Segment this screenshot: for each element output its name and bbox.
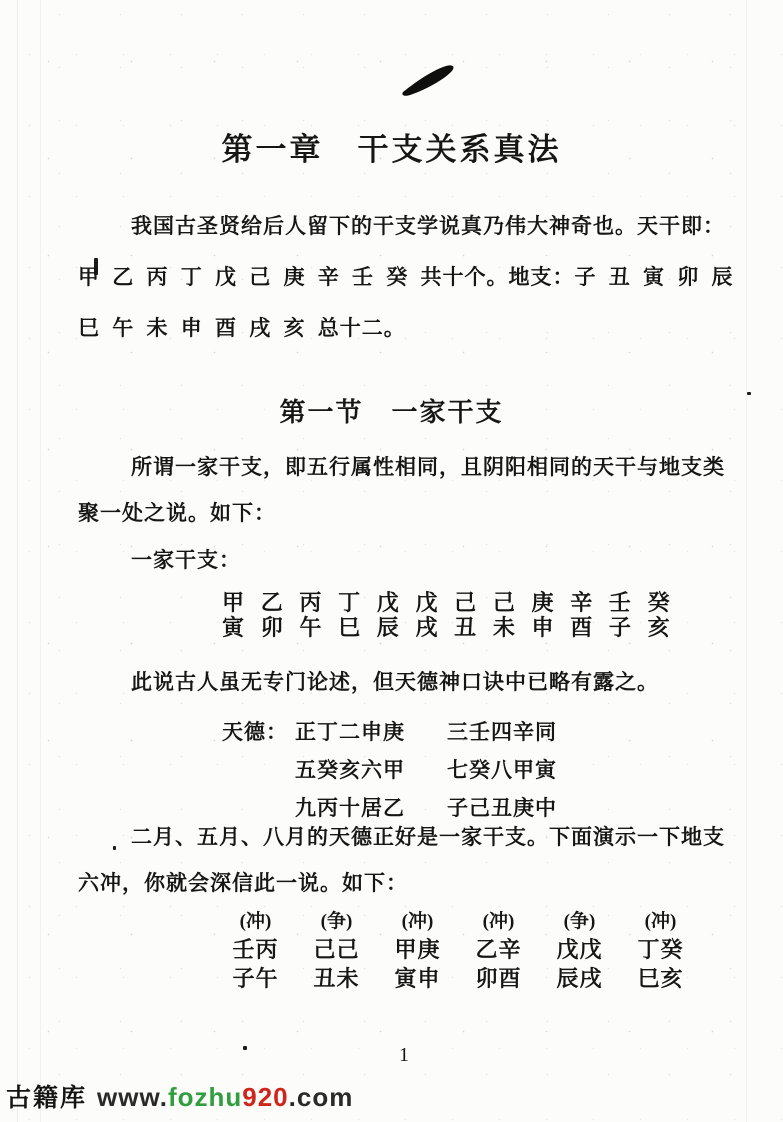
branch-cell: 亥	[648, 611, 687, 642]
chong-stems: 甲庚	[377, 936, 458, 964]
branch-cell: 丑	[454, 611, 493, 642]
intro-line-1: 我国古圣贤给后人留下的干支学说真乃伟大神奇也。天干即：	[131, 210, 725, 240]
chong-branches: 寅申	[377, 965, 458, 993]
branch-cell: 辰	[377, 611, 416, 642]
chong-tag: (争)	[539, 908, 620, 936]
branch-cell: 寅	[222, 611, 261, 642]
branch-cell: 酉	[570, 611, 609, 642]
branch-cell: 申	[532, 611, 571, 642]
branch-cell: 卯	[261, 611, 300, 642]
scan-speck	[243, 1046, 247, 1050]
watermark-url-green: fozhu	[168, 1082, 242, 1113]
tiande-cell: 正丁二申庚	[295, 716, 447, 746]
chong-branches: 辰戌	[539, 965, 620, 993]
tiande-note: 此说古人虽无专门论述，但天德神口诀中已略有露之。	[131, 666, 659, 696]
chong-tag: (争)	[296, 908, 377, 936]
branch-cell: 未	[493, 611, 532, 642]
chong-tag: (冲)	[620, 908, 701, 936]
chong-branches: 丑未	[296, 965, 377, 993]
tiande-cell: 九丙十居乙	[295, 792, 447, 822]
chong-branches: 卯酉	[458, 965, 539, 993]
chong-stems: 丁癸	[620, 936, 701, 964]
scan-speck	[113, 846, 116, 850]
chong-stems: 戊戊	[539, 936, 620, 964]
branch-cell: 子	[609, 611, 648, 642]
watermark-url-suffix: .com	[289, 1082, 354, 1113]
chong-tag: (冲)	[215, 908, 296, 936]
tiande-cell: 子己丑庚中	[447, 796, 557, 820]
watermark: 古籍库 www. fozhu 920 .com	[6, 1078, 353, 1114]
watermark-url-prefix: www.	[97, 1082, 168, 1113]
family-intro-line-2: 聚一处之说。如下：	[78, 497, 276, 527]
intro-line-2: 甲 乙 丙 丁 戊 己 庚 辛 壬 癸 共十个。地支：子 丑 寅 卯 辰	[78, 261, 734, 291]
six-chong-tag-row: (冲) (争) (冲) (冲) (争) (冲)	[215, 908, 701, 936]
section-title: 第一节 一家干支	[0, 392, 783, 429]
scanned-book-page: 第一章 干支关系真法 我国古圣贤给后人留下的干支学说真乃伟大神奇也。天干即： 甲…	[0, 0, 783, 1122]
chapter-title: 第一章 干支关系真法	[0, 124, 783, 169]
six-chong-stems-row: 壬丙 己己 甲庚 乙辛 戊戊 丁癸	[215, 936, 701, 964]
chong-tag: (冲)	[458, 908, 539, 936]
branch-cell: 戌	[415, 611, 454, 642]
tiande-cell: 三壬四辛同	[447, 720, 557, 744]
chong-branches: 巳亥	[620, 965, 701, 993]
tiande-label: 天德：	[222, 716, 295, 746]
chong-stems: 壬丙	[215, 936, 296, 964]
tiande-cell: 五癸亥六甲	[295, 754, 447, 784]
tiande-row: 五癸亥六甲七癸八甲寅	[222, 754, 557, 792]
chong-stems: 己己	[296, 936, 377, 964]
chong-tag: (冲)	[377, 908, 458, 936]
family-table-label: 一家干支：	[131, 544, 241, 574]
watermark-site-name: 古籍库	[6, 1078, 87, 1114]
ink-blot-icon	[400, 62, 460, 100]
chong-branches: 子午	[215, 965, 296, 993]
chong-stems: 乙辛	[458, 936, 539, 964]
six-chong-intro-line-1: 二月、五月、八月的天德正好是一家干支。下面演示一下地支	[131, 821, 725, 851]
six-chong-branches-row: 子午 丑未 寅申 卯酉 辰戌 巳亥	[215, 965, 701, 993]
intro-line-3: 巳 午 未 申 酉 戌 亥 总十二。	[78, 312, 406, 342]
tiande-row: 天德：正丁二申庚三壬四辛同	[222, 716, 557, 754]
watermark-url-red: 920	[242, 1082, 288, 1113]
six-chong-intro-line-2: 六冲，你就会深信此一说。如下：	[78, 867, 408, 897]
tiande-rhyme-block: 天德：正丁二申庚三壬四辛同 五癸亥六甲七癸八甲寅 九丙十居乙子己丑庚中	[222, 716, 557, 830]
family-intro-line-1: 所谓一家干支，即五行属性相同，且阴阳相同的天干与地支类	[131, 451, 725, 481]
family-table-branches-row: 寅 卯 午 巳 辰 戌 丑 未 申 酉 子 亥	[222, 611, 686, 642]
tiande-cell: 七癸八甲寅	[447, 758, 557, 782]
page-number: 1	[399, 1044, 409, 1067]
branch-cell: 午	[299, 611, 338, 642]
branch-cell: 巳	[338, 611, 377, 642]
